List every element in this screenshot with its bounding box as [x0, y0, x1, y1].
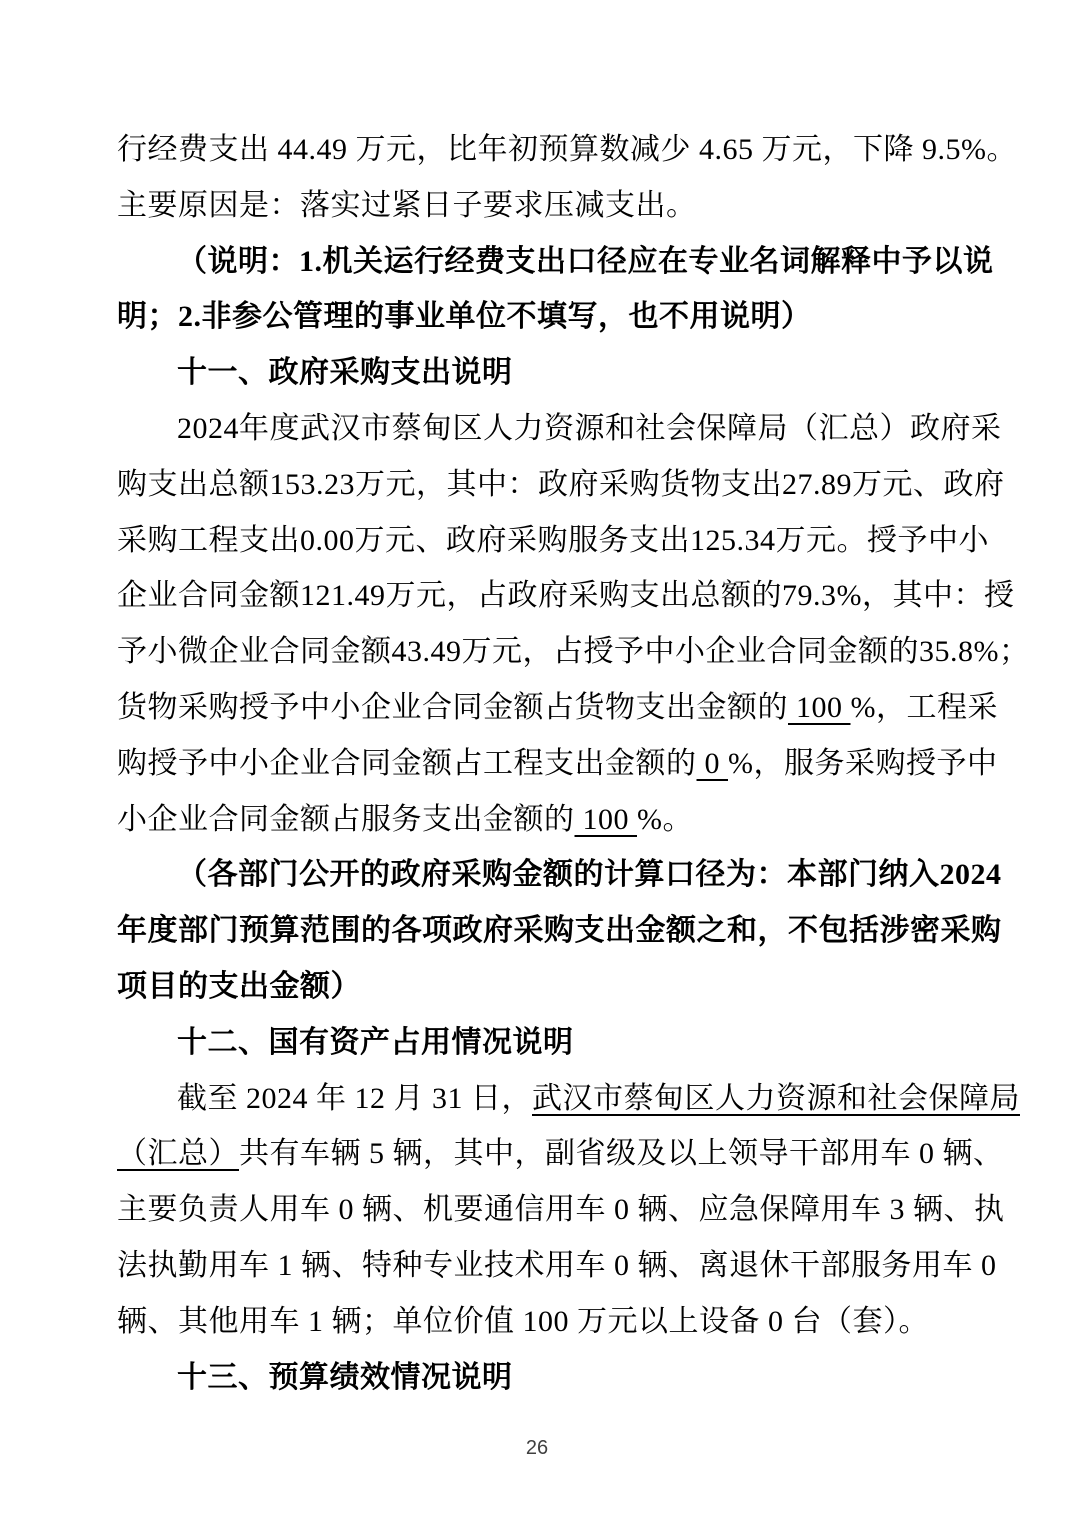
section-heading: 十三、预算绩效情况说明: [117, 1350, 967, 1406]
text-line: 项目的支出金额）: [117, 959, 967, 1015]
text-segment: （各部门公开的政府采购金额的计算口径为：本部门纳入2024: [177, 858, 1002, 891]
text-segment: 2024年度武汉市蔡甸区人力资源和社会保障局（汇总）政府采: [177, 412, 1002, 445]
text-line: 主要负责人用车 0 辆、机要通信用车 0 辆、应急保障用车 3 辆、执: [117, 1182, 967, 1238]
text-segment: 行经费支出 44.49 万元，比年初预算数减少 4.65 万元，下降 9.5%。: [117, 133, 1017, 166]
text-segment: 截至 2024 年 12 月 31 日，: [177, 1082, 532, 1115]
text-segment: 十三、预算绩效情况说明: [177, 1361, 513, 1394]
text-segment: 共有车辆 5 辆，其中，副省级及以上领导干部用车 0 辆、: [239, 1137, 1004, 1170]
text-segment: 明；2.非参公管理的事业单位不填写，也不用说明）: [117, 300, 812, 333]
underlined-text: 武汉市蔡甸区人力资源和社会保障局: [532, 1082, 1020, 1115]
text-line: 辆、其他用车 1 辆；单位价值 100 万元以上设备 0 台（套）。: [117, 1294, 967, 1350]
section-heading: 十一、政府采购支出说明: [117, 345, 967, 401]
text-segment: 购支出总额153.23万元，其中：政府采购货物支出27.89万元、政府: [117, 468, 1005, 501]
underlined-text: 100: [788, 691, 851, 724]
text-line: 采购工程支出0.00万元、政府采购服务支出125.34万元。授予中小: [117, 513, 967, 569]
text-line: （说明：1.机关运行经费支出口径应在专业名词解释中予以说: [117, 234, 967, 290]
text-line: 小企业合同金额占服务支出金额的 100 %。: [117, 792, 967, 848]
text-segment: 年度部门预算范围的各项政府采购支出金额之和，不包括涉密采购: [117, 914, 1002, 947]
text-segment: %。: [637, 803, 693, 836]
page-number: 26: [526, 1437, 548, 1459]
text-segment: 小企业合同金额占服务支出金额的: [117, 803, 575, 836]
text-segment: 十二、国有资产占用情况说明: [177, 1026, 574, 1059]
text-line: 予小微企业合同金额43.49万元，占授予中小企业合同金额的35.8%；: [117, 624, 967, 680]
text-line: 主要原因是：落实过紧日子要求压减支出。: [117, 178, 967, 234]
text-segment: 辆、其他用车 1 辆；单位价值 100 万元以上设备 0 台（套）。: [117, 1305, 929, 1338]
text-line: 截至 2024 年 12 月 31 日，武汉市蔡甸区人力资源和社会保障局: [117, 1071, 967, 1127]
text-line: 行经费支出 44.49 万元，比年初预算数减少 4.65 万元，下降 9.5%。: [117, 122, 967, 178]
text-line: 购支出总额153.23万元，其中：政府采购货物支出27.89万元、政府: [117, 457, 967, 513]
text-line: （汇总）共有车辆 5 辆，其中，副省级及以上领导干部用车 0 辆、: [117, 1126, 967, 1182]
text-segment: %，服务采购授予中: [728, 747, 998, 780]
page-footer: 26: [0, 1437, 1074, 1460]
text-segment: 主要原因是：落实过紧日子要求压减支出。: [117, 189, 697, 222]
section-heading: 十二、国有资产占用情况说明: [117, 1015, 967, 1071]
text-segment: 企业合同金额121.49万元，占政府采购支出总额的79.3%，其中：授: [117, 579, 1015, 612]
underlined-text: 100: [575, 803, 638, 836]
text-line: 法执勤用车 1 辆、特种专业技术用车 0 辆、离退休干部服务用车 0: [117, 1238, 967, 1294]
text-line: 企业合同金额121.49万元，占政府采购支出总额的79.3%，其中：授: [117, 568, 967, 624]
text-segment: 十一、政府采购支出说明: [177, 356, 513, 389]
text-segment: 主要负责人用车 0 辆、机要通信用车 0 辆、应急保障用车 3 辆、执: [117, 1193, 1005, 1226]
text-segment: 货物采购授予中小企业合同金额占货物支出金额的: [117, 691, 788, 724]
document-page: 行经费支出 44.49 万元，比年初预算数减少 4.65 万元，下降 9.5%。…: [0, 0, 1074, 1520]
text-segment: %，工程采: [851, 691, 999, 724]
text-segment: 项目的支出金额）: [117, 970, 361, 1003]
text-line: 货物采购授予中小企业合同金额占货物支出金额的 100 %，工程采: [117, 680, 967, 736]
underlined-text: 0: [697, 747, 729, 780]
text-line: 明；2.非参公管理的事业单位不填写，也不用说明）: [117, 289, 967, 345]
text-segment: 法执勤用车 1 辆、特种专业技术用车 0 辆、离退休干部服务用车 0: [117, 1249, 997, 1282]
text-line: （各部门公开的政府采购金额的计算口径为：本部门纳入2024: [117, 847, 967, 903]
text-segment: 采购工程支出0.00万元、政府采购服务支出125.34万元。授予中小: [117, 524, 989, 557]
text-line: 购授予中小企业合同金额占工程支出金额的 0 %，服务采购授予中: [117, 736, 967, 792]
text-line: 2024年度武汉市蔡甸区人力资源和社会保障局（汇总）政府采: [117, 401, 967, 457]
underlined-text: （汇总）: [117, 1137, 239, 1170]
text-line: 年度部门预算范围的各项政府采购支出金额之和，不包括涉密采购: [117, 903, 967, 959]
text-segment: 予小微企业合同金额43.49万元，占授予中小企业合同金额的35.8%；: [117, 635, 1030, 668]
text-segment: 购授予中小企业合同金额占工程支出金额的: [117, 747, 697, 780]
text-segment: （说明：1.机关运行经费支出口径应在专业名词解释中予以说: [177, 245, 994, 278]
document-body: 行经费支出 44.49 万元，比年初预算数减少 4.65 万元，下降 9.5%。…: [117, 122, 967, 1405]
